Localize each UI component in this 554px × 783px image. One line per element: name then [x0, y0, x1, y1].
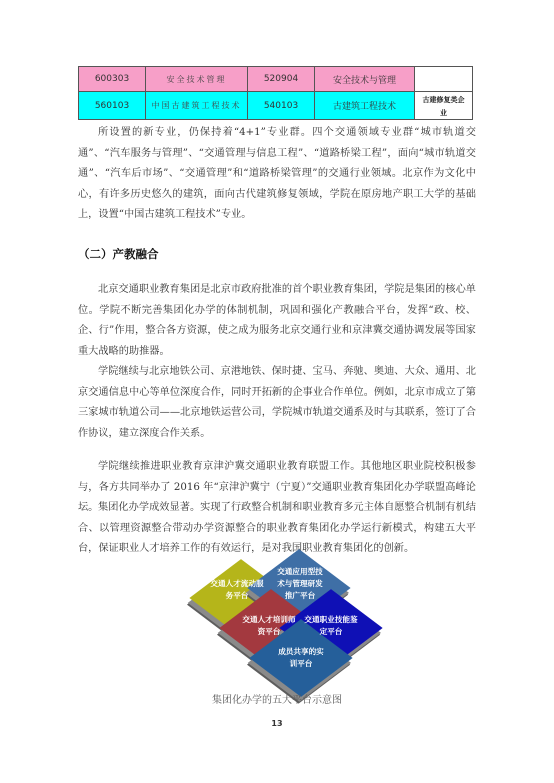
page-number: 13: [0, 719, 554, 728]
old-name-cell: 中国古建筑工程技术: [146, 92, 248, 120]
paragraph-major-groups: 所设置的新专业，仍保持着“4+1”专业群。四个交通领域专业群“城市轨道交通”、“…: [78, 123, 476, 226]
table-row: 560103 中国古建筑工程技术 540103 古建筑工程技术 古建修复类企业: [79, 92, 473, 120]
old-code-cell: 600303: [79, 67, 146, 92]
tile-label: 交通人才培训师资平台: [241, 614, 297, 638]
tile-label: 交通应用型技术与管理研发推广平台: [275, 566, 325, 602]
old-code-cell: 560103: [79, 92, 146, 120]
paragraph-achievements: 集团化办学成效显著。实现了行政整合机制和职业教育多元主体自愿整合机制有机结合、以…: [78, 498, 476, 560]
majors-table: 600303 安全技术管理 520904 安全技术与管理 560103 中国古建…: [78, 66, 473, 120]
section-heading: （二）产教融合: [78, 246, 159, 262]
new-name-cell: 安全技术与管理: [315, 67, 415, 92]
new-code-cell: 540103: [248, 92, 315, 120]
table-row: 600303 安全技术管理 520904 安全技术与管理: [79, 67, 473, 92]
five-platforms-diagram: 交通人才流动服务平台 交通应用型技术与管理研发推广平台 交通人才培训师资平台 交…: [195, 560, 375, 685]
tile-label: 成员共享的实训平台: [275, 646, 327, 670]
tile-label: 交通人才流动服务平台: [207, 578, 267, 602]
paragraph-partners: 学院继续与北京地铁公司、京港地铁、保时捷、宝马、奔驰、奥迪、大众、通用、北京交通…: [78, 362, 476, 444]
document-page: 600303 安全技术管理 520904 安全技术与管理 560103 中国古建…: [0, 0, 554, 783]
paragraph-education-group: 北京交通职业教育集团是北京市政府批准的首个职业教育集团，学院是集团的核心单位。学…: [78, 280, 476, 362]
new-name-cell: 古建筑工程技术: [315, 92, 415, 120]
figure-caption: 集团化办学的五大平台示意图: [0, 691, 554, 706]
partner-cell: 古建修复类企业: [415, 92, 473, 120]
tile-label: 交通职业技能鉴定平台: [303, 614, 359, 638]
old-name-cell: 安全技术管理: [146, 67, 248, 92]
partner-cell: [415, 67, 473, 92]
new-code-cell: 520904: [248, 67, 315, 92]
